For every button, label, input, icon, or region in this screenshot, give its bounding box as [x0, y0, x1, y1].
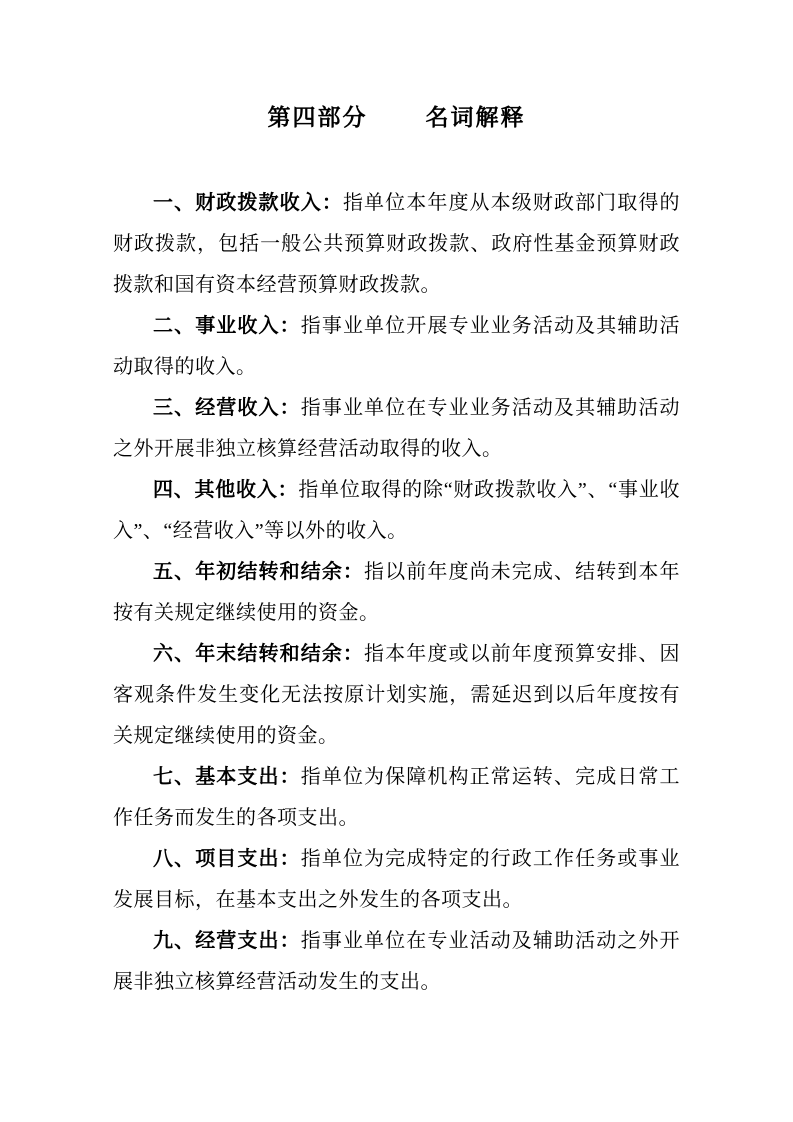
term-label-9: 九、经营支出：: [153, 930, 301, 952]
definitions-list: 一、财政拨款收入：指单位本年度从本级财政部门取得的财政拨款，包括一般公共预算财政…: [113, 183, 680, 1003]
term-label-6: 六、年末结转和结余：: [153, 643, 364, 665]
term-label-2: 二、事业收入：: [153, 315, 301, 337]
term-label-8: 八、项目支出：: [153, 848, 301, 870]
term-label-7: 七、基本支出：: [153, 766, 301, 788]
title-part-name: 名词解释: [426, 103, 526, 131]
definition-paragraph-7: 七、基本支出：指单位为保障机构正常运转、完成日常工作任务而发生的各项支出。: [113, 757, 680, 839]
term-label-1: 一、财政拨款收入：: [153, 192, 343, 214]
definition-paragraph-1: 一、财政拨款收入：指单位本年度从本级财政部门取得的财政拨款，包括一般公共预算财政…: [113, 183, 680, 306]
page-title: 第四部分 名词解释: [113, 103, 680, 131]
definition-paragraph-6: 六、年末结转和结余：指本年度或以前年度预算安排、因客观条件发生变化无法按原计划实…: [113, 634, 680, 757]
definition-paragraph-3: 三、经营收入：指事业单位在专业业务活动及其辅助活动之外开展非独立核算经营活动取得…: [113, 388, 680, 470]
definition-paragraph-2: 二、事业收入：指事业单位开展专业业务活动及其辅助活动取得的收入。: [113, 306, 680, 388]
document-page: 第四部分 名词解释 一、财政拨款收入：指单位本年度从本级财政部门取得的财政拨款，…: [0, 0, 793, 1122]
definition-paragraph-4: 四、其他收入：指单位取得的除“财政拨款收入”、“事业收入”、“经营收入”等以外的…: [113, 470, 680, 552]
definition-paragraph-9: 九、经营支出：指事业单位在专业活动及辅助活动之外开展非独立核算经营活动发生的支出…: [113, 921, 680, 1003]
term-label-5: 五、年初结转和结余：: [153, 561, 364, 583]
term-label-4: 四、其他收入：: [153, 479, 298, 501]
title-part-number: 第四部分: [268, 103, 368, 131]
term-label-3: 三、经营收入：: [153, 397, 301, 419]
definition-paragraph-5: 五、年初结转和结余：指以前年度尚未完成、结转到本年按有关规定继续使用的资金。: [113, 552, 680, 634]
definition-paragraph-8: 八、项目支出：指单位为完成特定的行政工作任务或事业发展目标，在基本支出之外发生的…: [113, 839, 680, 921]
